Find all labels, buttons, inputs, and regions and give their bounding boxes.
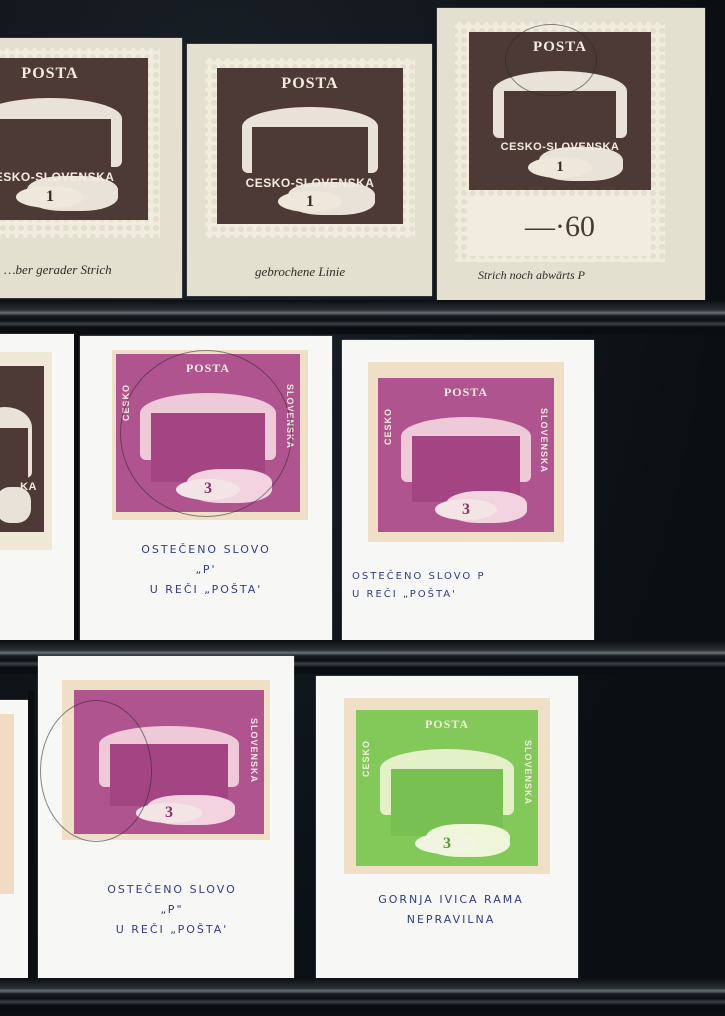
annotation-line: OSTEČENO SLOVO P — [352, 568, 485, 586]
annotation-line: GORNJA IVICA RAMA — [336, 890, 566, 910]
annotation-1-2: gebrochene Linie — [255, 264, 345, 280]
stamp-3-3: POSTA CESKO SLOVENSKA 3 — [344, 698, 550, 874]
annotation-line: „P' — [96, 560, 316, 580]
stamp-country-label: CESKO-SLOVENSKA — [220, 176, 400, 190]
stamp-value: 3 — [415, 833, 478, 854]
stamp-left-label: CESKO — [383, 408, 393, 445]
album-page: POSTA CESKO-SLOVENSKA 1 …ber gerader Str… — [0, 0, 725, 1016]
annotation-1-1: …ber gerader Strich — [4, 262, 112, 278]
stamp-value: 1 — [278, 191, 343, 212]
stamp-right-label: SLOVENSKA — [523, 740, 533, 805]
stamp-value: 1 — [528, 157, 591, 178]
stamp-2-1-fragment: KA — [0, 352, 52, 550]
postmark — [40, 700, 152, 842]
sheet-margin-price: —·60 — [469, 198, 651, 256]
annotation-3-2: OSTEČENO SLOVO „P" U REČI „POŠTA' — [62, 880, 282, 940]
annotation-line: „P" — [62, 900, 282, 920]
stamp-left-label: CESKO — [361, 740, 371, 777]
album-strip-rail-3 — [0, 978, 725, 1012]
annotation-2-2: OSTEČENO SLOVO „P' U REČI „POŠTA' — [96, 540, 316, 600]
postmark — [505, 24, 597, 96]
annotation-line: OSTEČENO SLOVO — [96, 540, 316, 560]
annotation-2-3: OSTEČENO SLOVO P U REČI „POŠTA' — [352, 568, 485, 604]
annotation-line: U REČI „POŠTA' — [96, 580, 316, 600]
stamp-country-fragment: KA — [0, 481, 41, 493]
annotation-line: U REČI „POŠTA' — [62, 920, 282, 940]
album-strip-rail-1 — [0, 300, 725, 334]
stamp-right-label: SLOVENSKA — [249, 718, 259, 783]
stamp-top-label: POSTA — [220, 75, 400, 93]
strip-separator — [28, 690, 34, 978]
postmark — [120, 350, 292, 517]
annotation-line: U REČI „POŠTA' — [352, 586, 485, 604]
stamp-3-1-fragment — [0, 714, 14, 894]
stamp-value: 3 — [136, 803, 202, 822]
stamp-country-label: CESKO-SLOVENSKA — [0, 170, 145, 184]
annotation-line: NEPRAVILNA — [336, 910, 566, 930]
stamp-2-3: POSTA CESKO SLOVENSKA 3 — [368, 362, 564, 542]
stamp-top-label: POSTA — [359, 717, 535, 732]
annotation-line: OSTEČENO SLOVO — [62, 880, 282, 900]
annotation-1-3: Strich noch abwärts P — [478, 268, 585, 283]
stamp-value: 3 — [435, 499, 496, 520]
stamp-1-1: POSTA CESKO-SLOVENSKA 1 — [0, 48, 160, 238]
stamp-country-label: CESKO-SLOVENSKA — [472, 141, 648, 153]
stamp-right-label: SLOVENSKA — [539, 408, 549, 473]
stamp-top-label: POSTA — [381, 385, 551, 400]
stamp-top-label: POSTA — [0, 65, 145, 83]
stamp-value: 1 — [16, 186, 84, 208]
stamp-1-2: POSTA CESKO-SLOVENSKA 1 — [205, 58, 415, 238]
annotation-3-3: OSTEČENO SLOVO GORNJA IVICA RAMA NEPRAVI… — [336, 890, 566, 930]
